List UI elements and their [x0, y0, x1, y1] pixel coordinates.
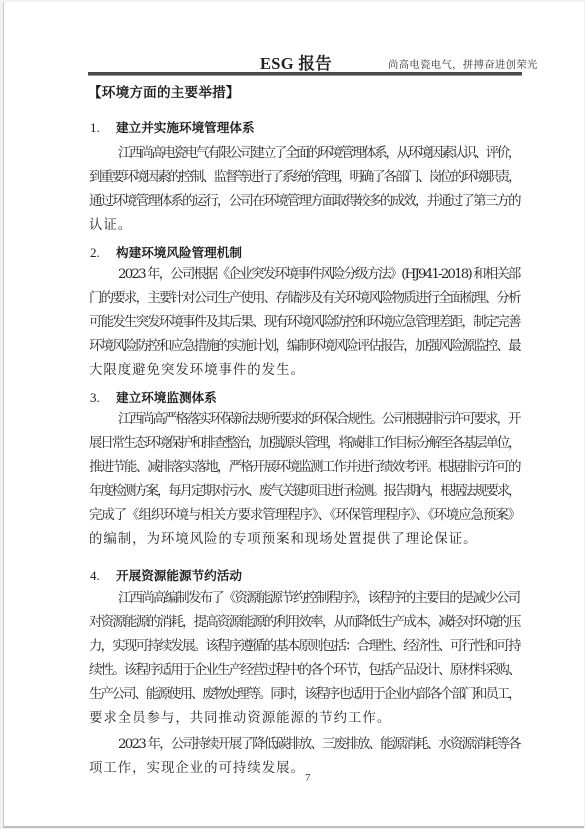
paragraph-line: 生产公司、能源使用、废物处理等。同时，该程序也适用于企业内部各个部门和员工，: [89, 685, 521, 705]
paragraph-line: 的编制，为环境风险的专项预案和现场处置提供了理论保证。: [89, 530, 521, 550]
paragraph-line: 推进节能、减排落实落地，严格开展环境监测工作并进行绩效考评。根据排污许可的: [89, 458, 521, 478]
paragraph-line: 环境风险防控和应急措施的实施计划，编制环境风险评估报告，加强风险源监控、最: [89, 337, 521, 357]
item-number: 2.: [90, 245, 116, 261]
header-tagline: 尚高电瓷电气，拼搏奋进创荣光: [388, 56, 538, 71]
paragraph-line: 年度检测方案，每月定期对污水、废气关键项目进行检测。报告期内，根据法规要求，: [89, 482, 521, 502]
paragraph-line: 大限度避免突发环境事件的发生。: [89, 361, 521, 381]
paragraph-line: 江西尚高严格落实环保新法规所要求的环保合规性。公司根据排污许可要求，开: [118, 410, 521, 430]
item-title: 建立并实施环境管理体系: [116, 120, 255, 135]
paragraph-line: 展日常生态环境保护和排查整治，加强源头管理，将减排工作目标分解至各基层单位，: [89, 434, 521, 454]
item-heading-2: 2.构建环境风险管理机制: [90, 242, 242, 261]
paragraph-line: 到重要环境因素的控制、监督等进行了系统的管理，明确了各部门、岗位的环境职责，: [89, 168, 521, 188]
item-heading-1: 1.建立并实施环境管理体系: [90, 117, 255, 136]
paragraph-line: 江西尚高编制发布了《资源能源节约控制程序》，该程序的主要目的是减少公司: [118, 589, 521, 609]
paragraph-line: 续性。该程序适用于企业生产经营过程中的各个环节，包括产品设计、原材料采购、: [89, 661, 521, 681]
item-title: 构建环境风险管理机制: [116, 245, 242, 260]
paragraph-line: 力，实现可持续发展。该程序遵循的基本原则包括：合理性、经济性、可行性和可持: [89, 637, 521, 657]
paragraph-line: 要求全员参与，共同推动资源能源的节约工作。: [89, 709, 521, 729]
section-heading: 【环境方面的主要举措】: [88, 81, 240, 101]
document-page: ESG 报告 尚高电瓷电气，拼搏奋进创荣光 【环境方面的主要举措】 1.建立并实…: [3, 2, 584, 828]
item-number: 4.: [90, 568, 116, 584]
item-number: 1.: [90, 120, 116, 136]
paragraph-line: 认证。: [89, 216, 521, 236]
paragraph-line: 江西尚高电瓷电气有限公司建立了全面的环境管理体系，从环境因素认识、评价，: [118, 144, 521, 164]
header-divider: [88, 72, 522, 76]
paragraph-line: 通过环境管理体系的运行，公司在环境管理方面取得较多的成效，并通过了第三方的: [89, 192, 521, 212]
header-title: ESG 报告: [260, 50, 332, 74]
paragraph-line: 完成了《组织环境与相关方要求管理程序》、《环保管理程序》、《环境应急预案》: [89, 506, 521, 526]
item-title: 建立环境监测体系: [116, 390, 217, 405]
paragraph-line: 门的要求，主要针对公司生产使用、存储涉及有关环境风险物质进行全面梳理、分析: [89, 289, 521, 309]
paragraph-line: 可能发生突发环境事件及其后果、现有环境风险防控和环境应急管理差距，制定完善: [89, 313, 521, 333]
item-title: 开展资源能源节约活动: [116, 568, 242, 583]
paragraph-line: 2023 年，公司持续开展了降低碳排放、三废排放、能源消耗、水资源消耗等各: [118, 735, 521, 755]
item-heading-3: 3.建立环境监测体系: [90, 387, 217, 406]
item-heading-4: 4.开展资源能源节约活动: [90, 565, 242, 584]
paragraph-line: 对资源能源的消耗，提高资源能源的利用效率，从而降低生产成本，减轻对环境的压: [89, 613, 521, 633]
paragraph-line: 2023 年，公司根据《企业突发环境事件风险分级方法》(HJ941-2018) …: [118, 265, 521, 285]
item-number: 3.: [90, 390, 116, 406]
page-number: 7: [305, 772, 311, 784]
